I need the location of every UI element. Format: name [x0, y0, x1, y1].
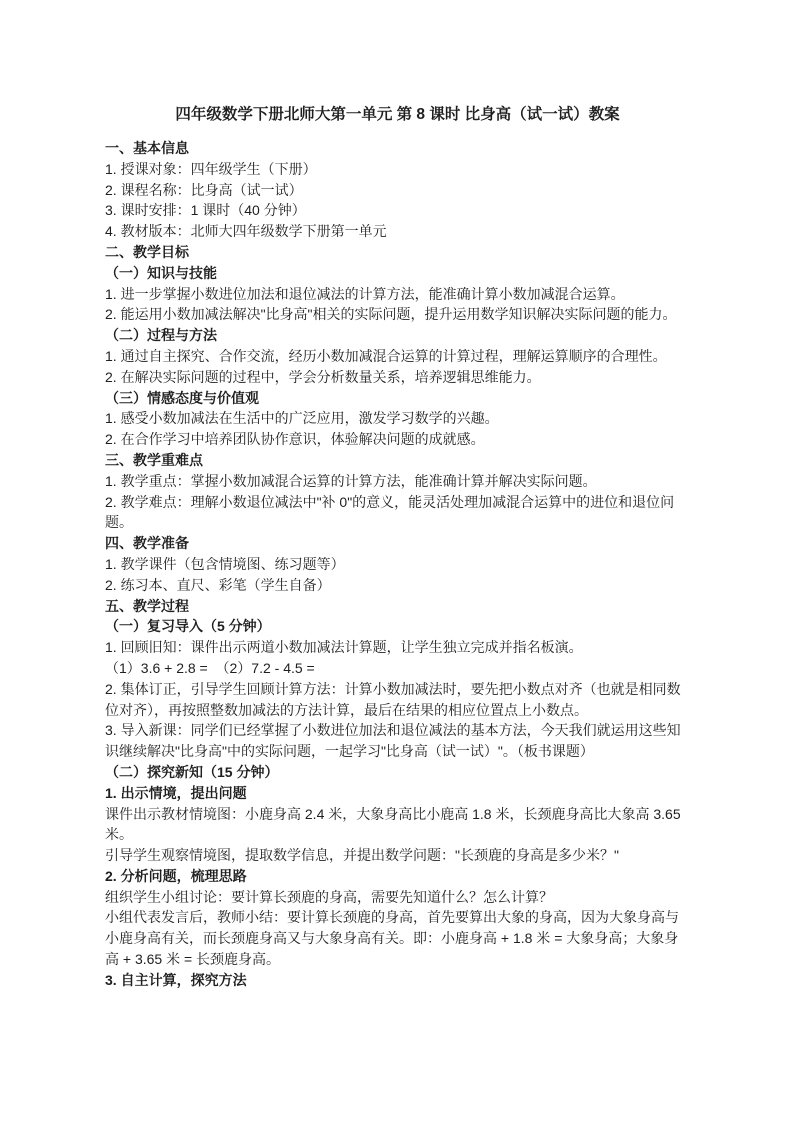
step-heading-self-calculate: 3. 自主计算，探究方法 — [105, 970, 690, 991]
item-review-correction: 2. 集体订正，引导学生回顾计算方法：计算小数加减法时，要先把小数点对齐（也就是… — [105, 679, 690, 721]
item-process-methods-2: 2. 在解决实际问题的过程中，学会分析数量关系，培养逻辑思维能力。 — [105, 367, 690, 388]
item-textbook-version: 4. 教材版本：北师大四年级数学下册第一单元 — [105, 221, 690, 242]
item-review-recall: 1. 回顾旧知：课件出示两道小数加减法计算题，让学生独立完成并指名板演。 — [105, 637, 690, 658]
step-heading-analyze-problem: 2. 分析问题，梳理思路 — [105, 866, 690, 887]
subheading-review-intro: （一）复习导入（5 分钟） — [105, 616, 690, 637]
subheading-process-methods: （二）过程与方法 — [105, 325, 690, 346]
item-course-name: 2. 课程名称：比身高（试一试） — [105, 180, 690, 201]
heading-basic-info: 一、基本信息 — [105, 138, 690, 159]
item-key-point: 1. 教学重点：掌握小数加减混合运算的计算方法，能准确计算并解决实际问题。 — [105, 471, 690, 492]
item-knowledge-skills-2: 2. 能运用小数加减法解决"比身高"相关的实际问题，提升运用数学知识解决实际问题… — [105, 304, 690, 325]
heading-teaching-objectives: 二、教学目标 — [105, 242, 690, 263]
item-schedule: 3. 课时安排：1 课时（40 分钟） — [105, 200, 690, 221]
equation-line: （1）3.6 + 2.8 = （2）7.2 - 4.5 = — [105, 658, 690, 679]
para-group-discussion: 组织学生小组讨论：要计算长颈鹿的身高，需要先知道什么？怎么计算？ — [105, 887, 690, 908]
para-teacher-summary: 小组代表发言后，教师小结：要计算长颈鹿的身高，首先要算出大象的身高，因为大象身高… — [105, 907, 690, 969]
step-heading-present-situation: 1. 出示情境，提出问题 — [105, 783, 690, 804]
subheading-knowledge-skills: （一）知识与技能 — [105, 263, 690, 284]
document-page: 四年级数学下册北师大第一单元 第 8 课时 比身高（试一试）教案 一、基本信息 … — [0, 0, 794, 1123]
item-target-audience: 1. 授课对象：四年级学生（下册） — [105, 159, 690, 180]
para-guide-observe: 引导学生观察情境图，提取数学信息，并提出数学问题："长颈鹿的身高是多少米？" — [105, 845, 690, 866]
item-process-methods-1: 1. 通过自主探究、合作交流，经历小数加减混合运算的计算过程，理解运算顺序的合理… — [105, 346, 690, 367]
subheading-affect-values: （三）情感态度与价值观 — [105, 388, 690, 409]
item-affect-values-2: 2. 在合作学习中培养团队协作意识，体验解决问题的成就感。 — [105, 429, 690, 450]
document-title: 四年级数学下册北师大第一单元 第 8 课时 比身高（试一试）教案 — [105, 104, 690, 126]
item-difficult-point: 2. 教学难点：理解小数退位减法中"补 0"的意义，能灵活处理加减混合运算中的进… — [105, 492, 690, 534]
item-affect-values-1: 1. 感受小数加减法在生活中的广泛应用，激发学习数学的兴趣。 — [105, 408, 690, 429]
item-knowledge-skills-1: 1. 进一步掌握小数进位加法和退位减法的计算方法，能准确计算小数加减混合运算。 — [105, 284, 690, 305]
heading-key-difficult-points: 三、教学重难点 — [105, 450, 690, 471]
heading-teaching-preparation: 四、教学准备 — [105, 533, 690, 554]
heading-teaching-process: 五、教学过程 — [105, 596, 690, 617]
para-situation-description: 课件出示教材情境图：小鹿身高 2.4 米，大象身高比小鹿高 1.8 米，长颈鹿身… — [105, 804, 690, 846]
subheading-explore-new: （二）探究新知（15 分钟） — [105, 762, 690, 783]
item-prep-courseware: 1. 教学课件（包含情境图、练习题等） — [105, 554, 690, 575]
item-new-lesson-intro: 3. 导入新课：同学们已经掌握了小数进位加法和退位减法的基本方法，今天我们就运用… — [105, 720, 690, 762]
item-prep-supplies: 2. 练习本、直尺、彩笔（学生自备） — [105, 575, 690, 596]
